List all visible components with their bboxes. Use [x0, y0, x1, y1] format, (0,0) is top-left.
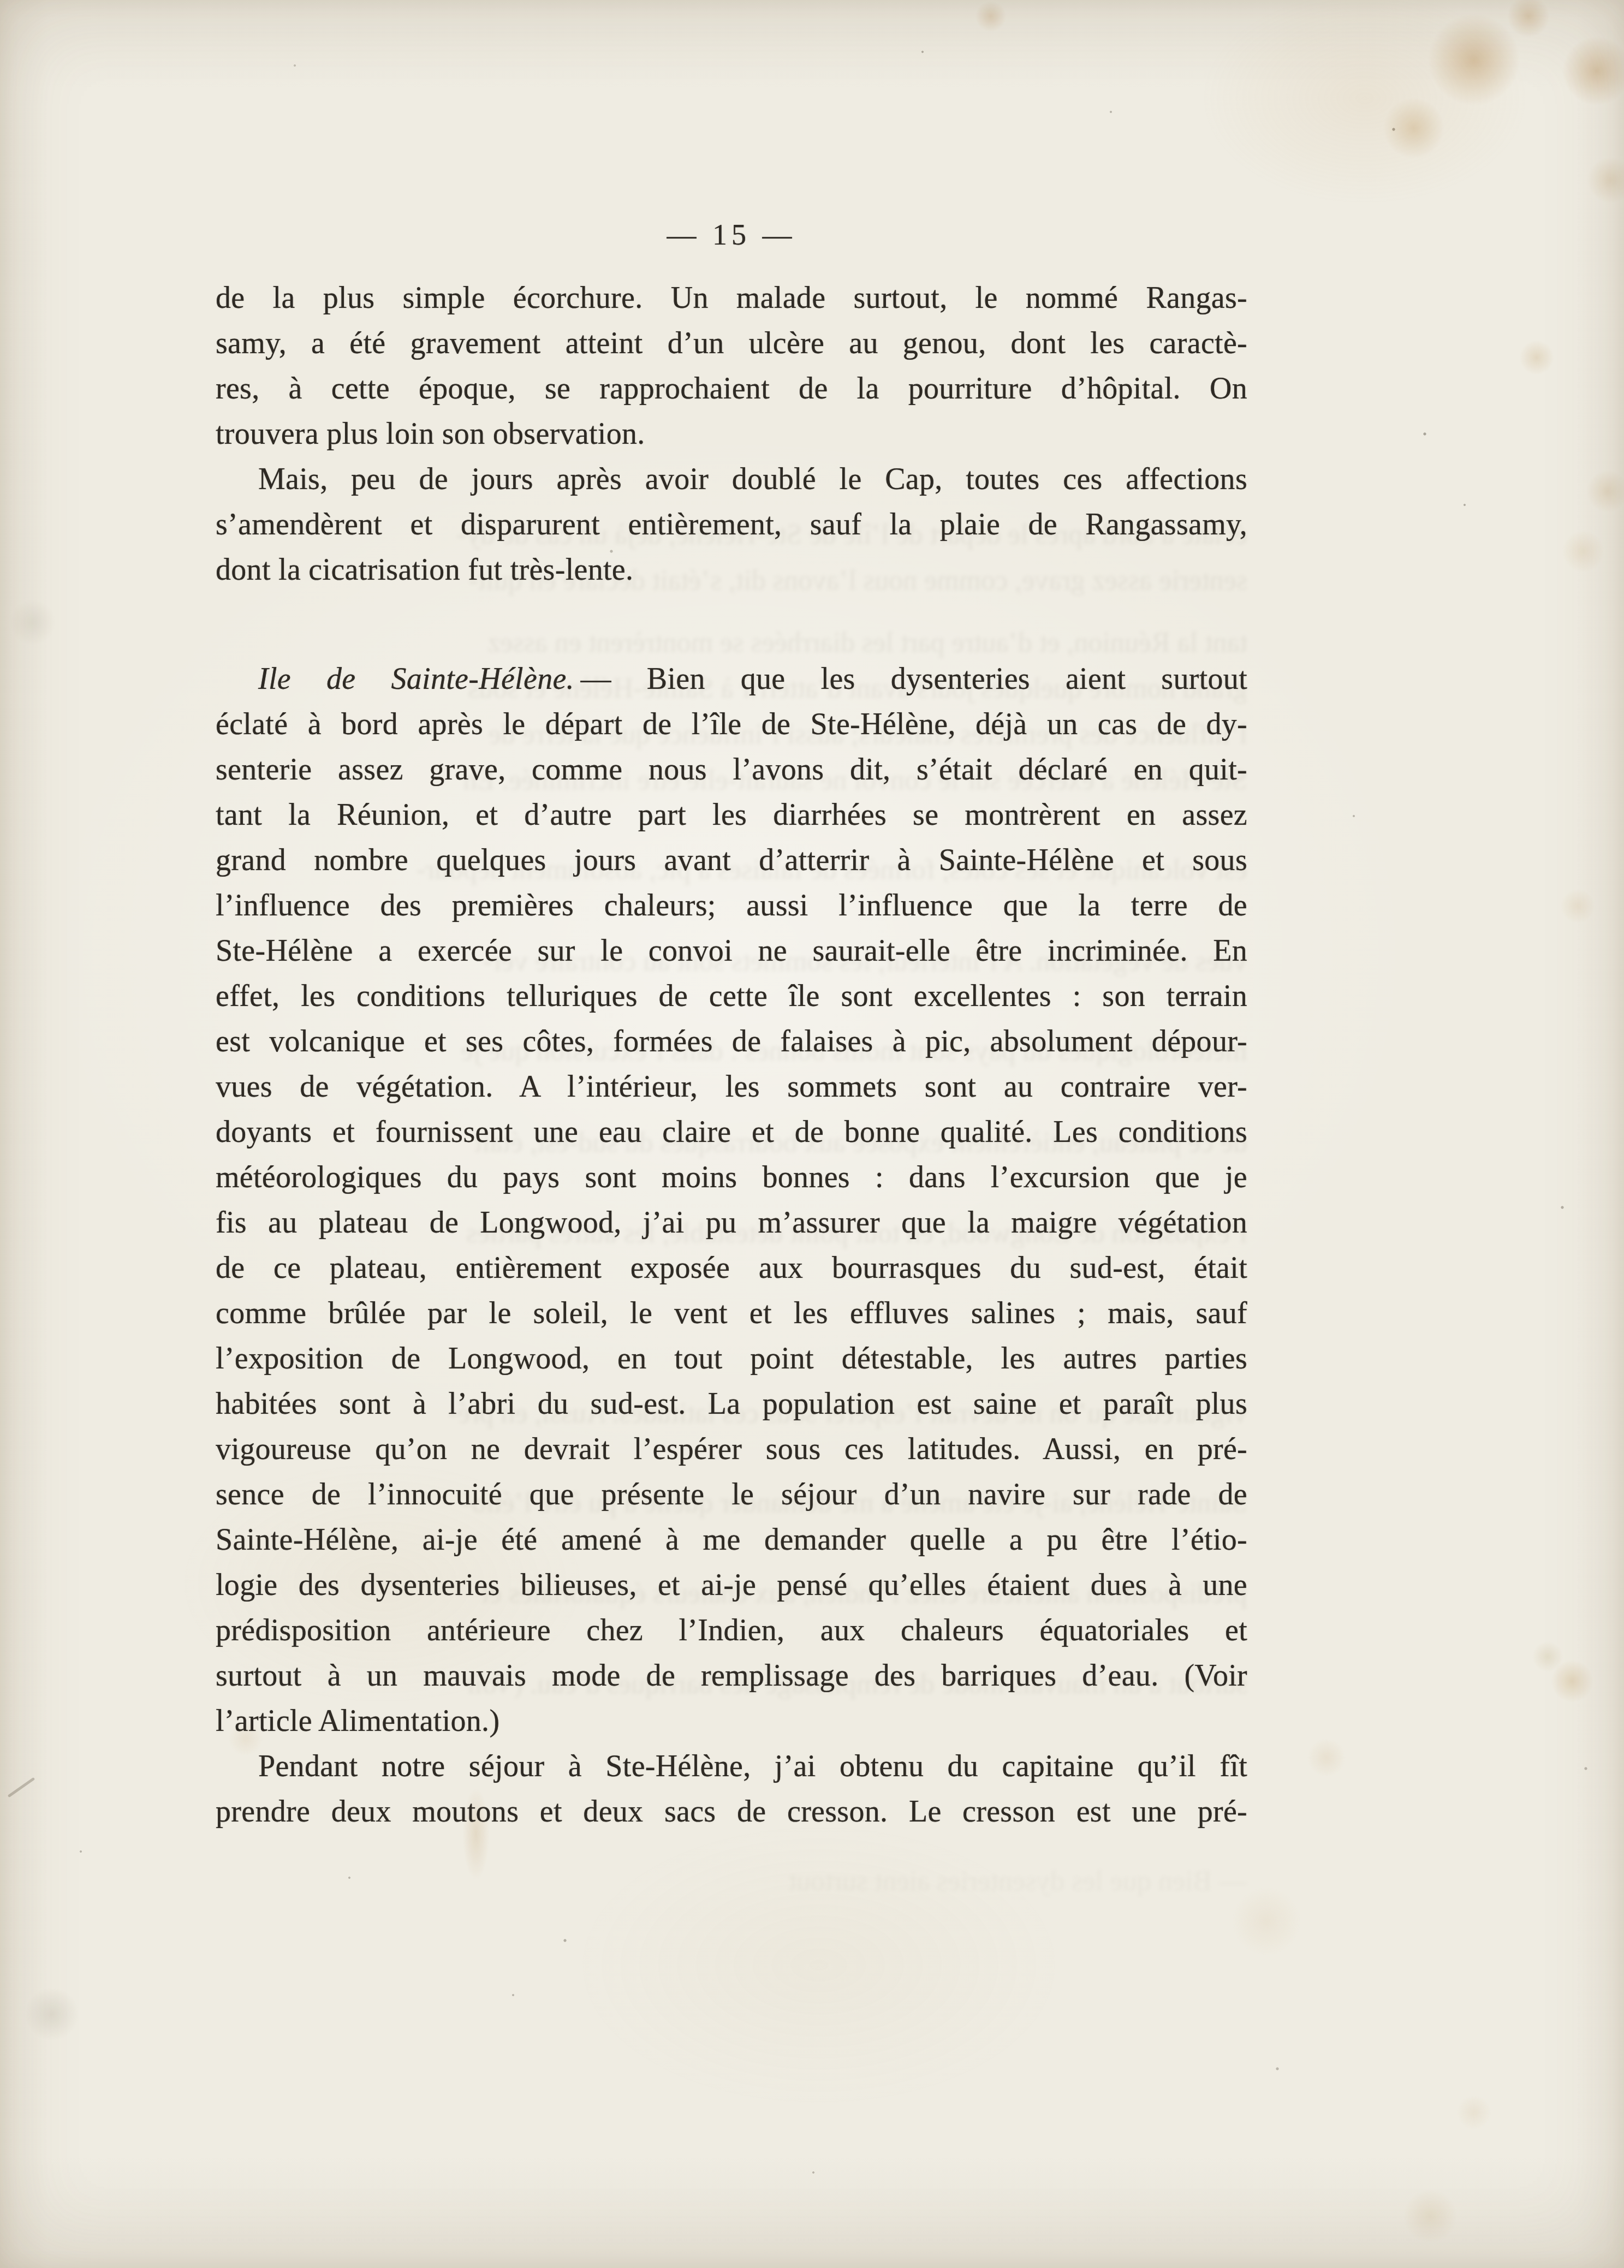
page-number: — 15 —: [216, 217, 1247, 252]
text-line: prendre deux moutons et deux sacs de cre…: [216, 1789, 1247, 1835]
body-text: de la plus simple écorchure. Un malade s…: [216, 276, 1247, 1835]
text-line: Ste-Hélène a exercée sur le convoi ne sa…: [216, 928, 1247, 974]
text-line: grand nombre quelques jours avant d’atte…: [216, 838, 1247, 883]
text-line: Ile de Sainte-Hélène. — Bien que les dys…: [216, 657, 1247, 702]
text-line: samy, a été gravement atteint d’un ulcèr…: [216, 321, 1247, 366]
text-line: Pendant notre séjour à Ste-Hélène, j’ai …: [216, 1744, 1247, 1789]
text-line: Sainte-Hélène, ai-je été amené à me dema…: [216, 1517, 1247, 1563]
text-line: fis au plateau de Longwood, j’ai pu m’as…: [216, 1200, 1247, 1246]
text-line: sence de l’innocuité que présente le séj…: [216, 1472, 1247, 1517]
text-line: logie des dysenteries bilieuses, et ai-j…: [216, 1563, 1247, 1608]
text-line: météorologiques du pays sont moins bonne…: [216, 1155, 1247, 1200]
ghost-text-row: — Bien que les dysenteries aient surtout: [216, 1864, 1247, 1899]
text-line: vigoureuse qu’on ne devrait l’espérer so…: [216, 1427, 1247, 1472]
text-line: trouvera plus loin son observation.: [216, 412, 1247, 457]
text-line: tant la Réunion, et d’autre part les dia…: [216, 793, 1247, 838]
text-line: senterie assez grave, comme nous l’avons…: [216, 747, 1247, 793]
section-lead-italic: Ile de Sainte-Hélène.: [258, 662, 574, 696]
text-line: surtout à un mauvais mode de remplissage…: [216, 1653, 1247, 1699]
scanned-book-page: éclaté à bord après le départ de l’île d…: [0, 0, 1624, 2268]
text-line: habitées sont à l’abri du sud-est. La po…: [216, 1382, 1247, 1427]
text-line: l’influence des premières chaleurs; auss…: [216, 883, 1247, 928]
text-line: prédisposition antérieure chez l’Indien,…: [216, 1608, 1247, 1653]
text-line: comme brûlée par le soleil, le vent et l…: [216, 1291, 1247, 1336]
text-line: res, à cette époque, se rapprochaient de…: [216, 366, 1247, 412]
text-line: doyants et fournissent une eau claire et…: [216, 1110, 1247, 1155]
text-line: de la plus simple écorchure. Un malade s…: [216, 276, 1247, 321]
text-line: de ce plateau, entièrement exposée aux b…: [216, 1246, 1247, 1291]
text-line: éclaté à bord après le départ de l’île d…: [216, 702, 1247, 747]
text-line: l’article Alimentation.): [216, 1699, 1247, 1744]
text-line: dont la cicatrisation fut très-lente.: [216, 547, 1247, 593]
text-line: l’exposition de Longwood, en tout point …: [216, 1336, 1247, 1382]
text-line: s’amendèrent et disparurent entièrement,…: [216, 502, 1247, 547]
text-line: Mais, peu de jours après avoir doublé le…: [216, 457, 1247, 502]
text-line: est volcanique et ses côtes, formées de …: [216, 1019, 1247, 1064]
text-line: vues de végétation. A l’intérieur, les s…: [216, 1064, 1247, 1110]
text-line: effet, les conditions telluriques de cet…: [216, 974, 1247, 1019]
